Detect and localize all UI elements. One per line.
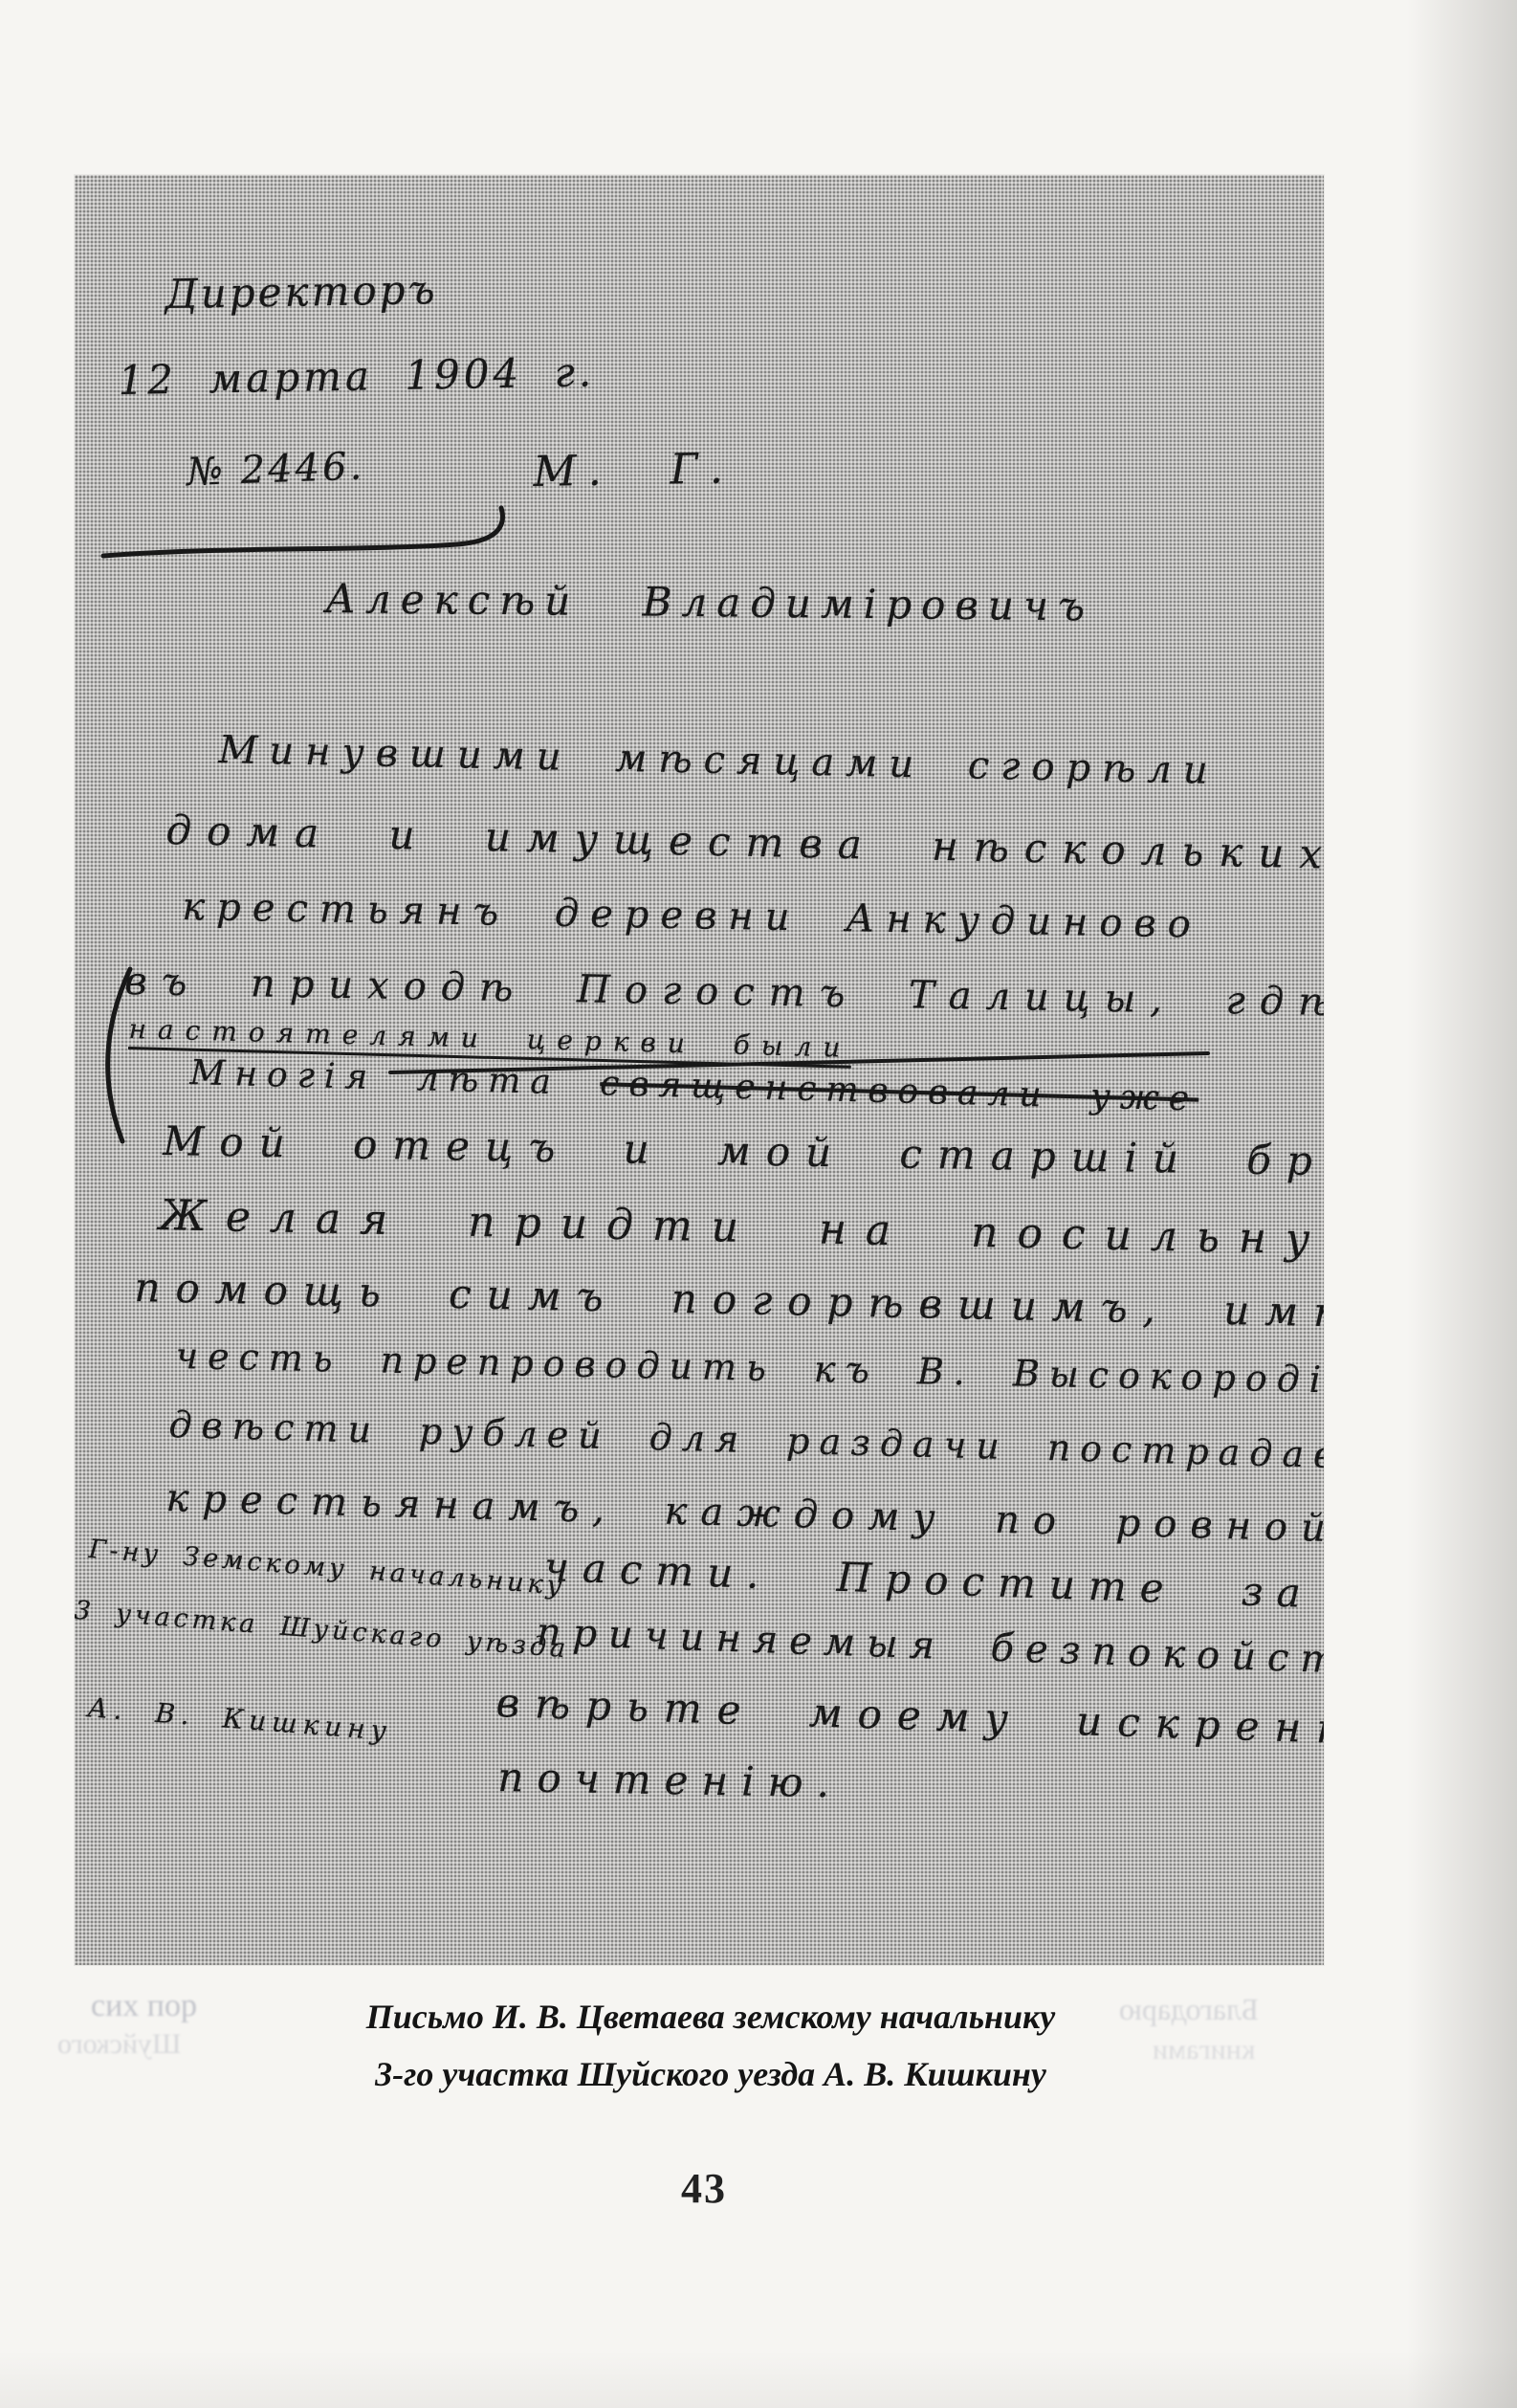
margin-note-line: Г-ну Земскому начальнику — [88, 1535, 585, 1603]
handwriting-line: честь препроводить къ В. Высокородію — [175, 1335, 1324, 1402]
handwriting-greeting: Алексѣй Владиміровичъ — [325, 575, 1094, 630]
handwriting-line: вѣрьте моему искреннему — [495, 1679, 1324, 1756]
handwriting-line: дома и имущества нѣсколькихъ — [165, 806, 1324, 879]
handwriting-salutation-abbr: М. Г. — [533, 444, 735, 497]
handwriting-line: крестьянамъ, каждому по ровной — [165, 1476, 1324, 1551]
page-number: 43 — [0, 2164, 1408, 2213]
book-page: Директоръ 12 марта 1904 г. № 2446. М. Г.… — [0, 0, 1517, 2408]
struck-line-kept-part: Многія лѣта — [189, 1053, 601, 1103]
handwriting-director: Директоръ — [165, 266, 438, 318]
margin-addressee-note: Г-ну Земскому начальнику 3 участка Шуйск… — [75, 1534, 575, 1663]
handwriting-line: Желая придти на посильную — [159, 1191, 1324, 1266]
page-edge-shading — [1407, 0, 1517, 2408]
page-bottom-shading — [0, 2351, 1517, 2408]
letter-photograph: Директоръ 12 марта 1904 г. № 2446. М. Г.… — [75, 175, 1324, 1965]
handwriting-line: Минувшими мѣсяцами сгорѣли — [218, 728, 1220, 793]
struck-line-crossed-part: священствовали уже — [600, 1064, 1199, 1118]
margin-note-line: 3 участка Шуйскаго уѣзда — [75, 1596, 570, 1665]
photo-caption: Письмо И. В. Цветаева земскому начальник… — [122, 1988, 1299, 2103]
handwriting-line: двѣсти рублей для раздачи пострадавшимъ — [168, 1403, 1324, 1480]
handwriting-line: помощь симъ погорѣвшимъ, имѣю — [134, 1264, 1324, 1337]
handwriting-doc-number: № 2446. — [186, 445, 365, 495]
handwriting-date: 12 марта 1904 г. — [118, 348, 595, 404]
number-underline-flourish — [103, 508, 502, 556]
handwriting-line: Мой отецъ и мой старшій братъ. — [163, 1117, 1324, 1187]
handwriting-line: почтенію. — [497, 1754, 843, 1806]
handwriting-line: причиняемыя безпокойства и — [536, 1610, 1324, 1688]
handwriting-line: части. Простите за — [543, 1543, 1315, 1617]
handwriting-line: крестьянъ деревни Анкудиново — [182, 885, 1202, 947]
caption-line-1: Письмо И. В. Цветаева земскому начальник… — [122, 1988, 1299, 2045]
handwriting-line: въ приходѣ Погостъ Талицы, гдѣ — [124, 960, 1324, 1025]
caption-line-2: 3-го участка Шуйского уезда А. В. Кишкин… — [122, 2045, 1299, 2103]
